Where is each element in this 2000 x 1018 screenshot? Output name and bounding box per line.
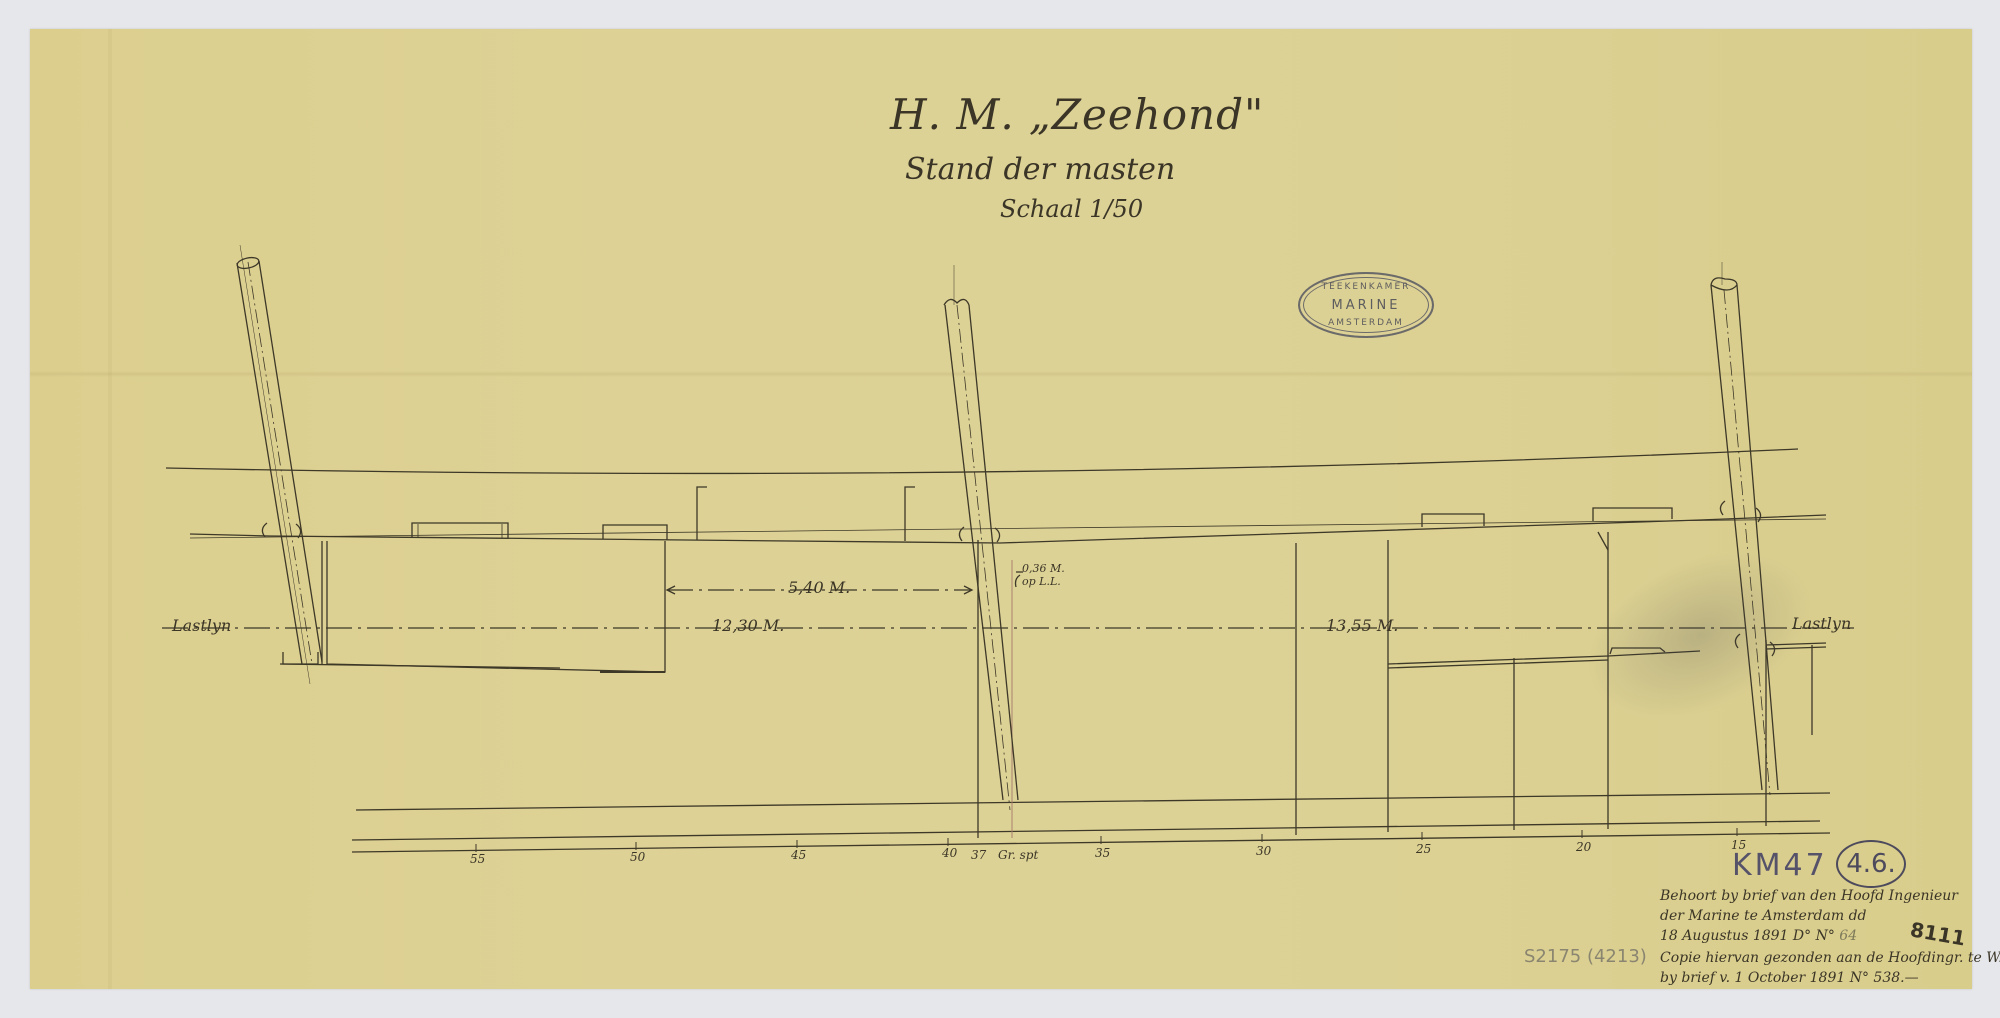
sheet-number: 4.6. <box>1836 840 1906 888</box>
dimension-0-36: 0,36 M. <box>1022 562 1065 575</box>
note-line-1: Behoort by brief van den Hoofd Ingenieur <box>1660 888 1958 904</box>
dimension-5-40: 5,40 M. <box>788 578 850 597</box>
foremast <box>236 245 322 684</box>
frame-tick-label: Gr. spt <box>998 848 1038 862</box>
drawing-subtitle: Stand der masten <box>905 152 1175 187</box>
drawing-title: H. M. „Zeehond" <box>890 90 1264 139</box>
load-line-label-left: Lastlyn <box>172 616 231 635</box>
dimension-13-55: 13,55 M. <box>1326 616 1398 635</box>
frame-tick-label: 25 <box>1416 842 1431 856</box>
frame-tick-label: 50 <box>630 850 645 864</box>
copy-line-2: by brief v. 1 October 1891 N° 538.— <box>1660 970 1919 986</box>
load-line-label-right: Lastlyn <box>1792 614 1851 633</box>
pencil-mark: S2175 (4213) <box>1524 946 1647 967</box>
stamp-bottom-text: AMSTERDAM <box>1300 318 1432 328</box>
frame-tick-label: 55 <box>470 852 485 866</box>
note-line-3: 18 Augustus 1891 D° N° <box>1660 928 1835 944</box>
stamp-top-text: TEEKENKAMER <box>1300 282 1432 292</box>
frame-tick-label: 37 <box>971 848 986 862</box>
forward-hold <box>327 541 665 672</box>
sheer-line <box>166 449 1798 473</box>
frame-tick-label: 45 <box>791 848 806 862</box>
drawing-scale: Schaal 1/50 <box>1000 195 1143 223</box>
frame-tick-label: 35 <box>1095 846 1110 860</box>
deckhouse-3 <box>1422 514 1484 527</box>
archive-code: KM47 <box>1732 848 1828 883</box>
stamp-middle-text: MARINE <box>1300 298 1432 313</box>
deckhouse-4 <box>1593 508 1672 521</box>
note-number: 64 <box>1839 928 1857 944</box>
teekenkamer-stamp: TEEKENKAMER MARINE AMSTERDAM <box>1298 272 1434 338</box>
note-line-2: der Marine te Amsterdam dd <box>1660 908 1867 924</box>
deckhouse-1 <box>412 523 508 538</box>
frame-tick-label: 40 <box>942 846 957 860</box>
dimension-0-36-note: op L.L. <box>1022 575 1061 588</box>
frame-tick-label: 30 <box>1256 844 1271 858</box>
keel-line <box>356 793 1830 810</box>
dimension-12-30: 12,30 M. <box>712 616 784 635</box>
mainmast <box>944 265 1023 810</box>
note-line-3-wrapper: 18 Augustus 1891 D° N° 64 <box>1660 928 1857 944</box>
deck-line <box>190 515 1826 543</box>
copy-line-1: Copie hiervan gezonden aan de Hoofdingr.… <box>1660 950 2000 966</box>
frame-tick-label: 20 <box>1576 840 1591 854</box>
scale-baseline <box>352 833 1830 852</box>
